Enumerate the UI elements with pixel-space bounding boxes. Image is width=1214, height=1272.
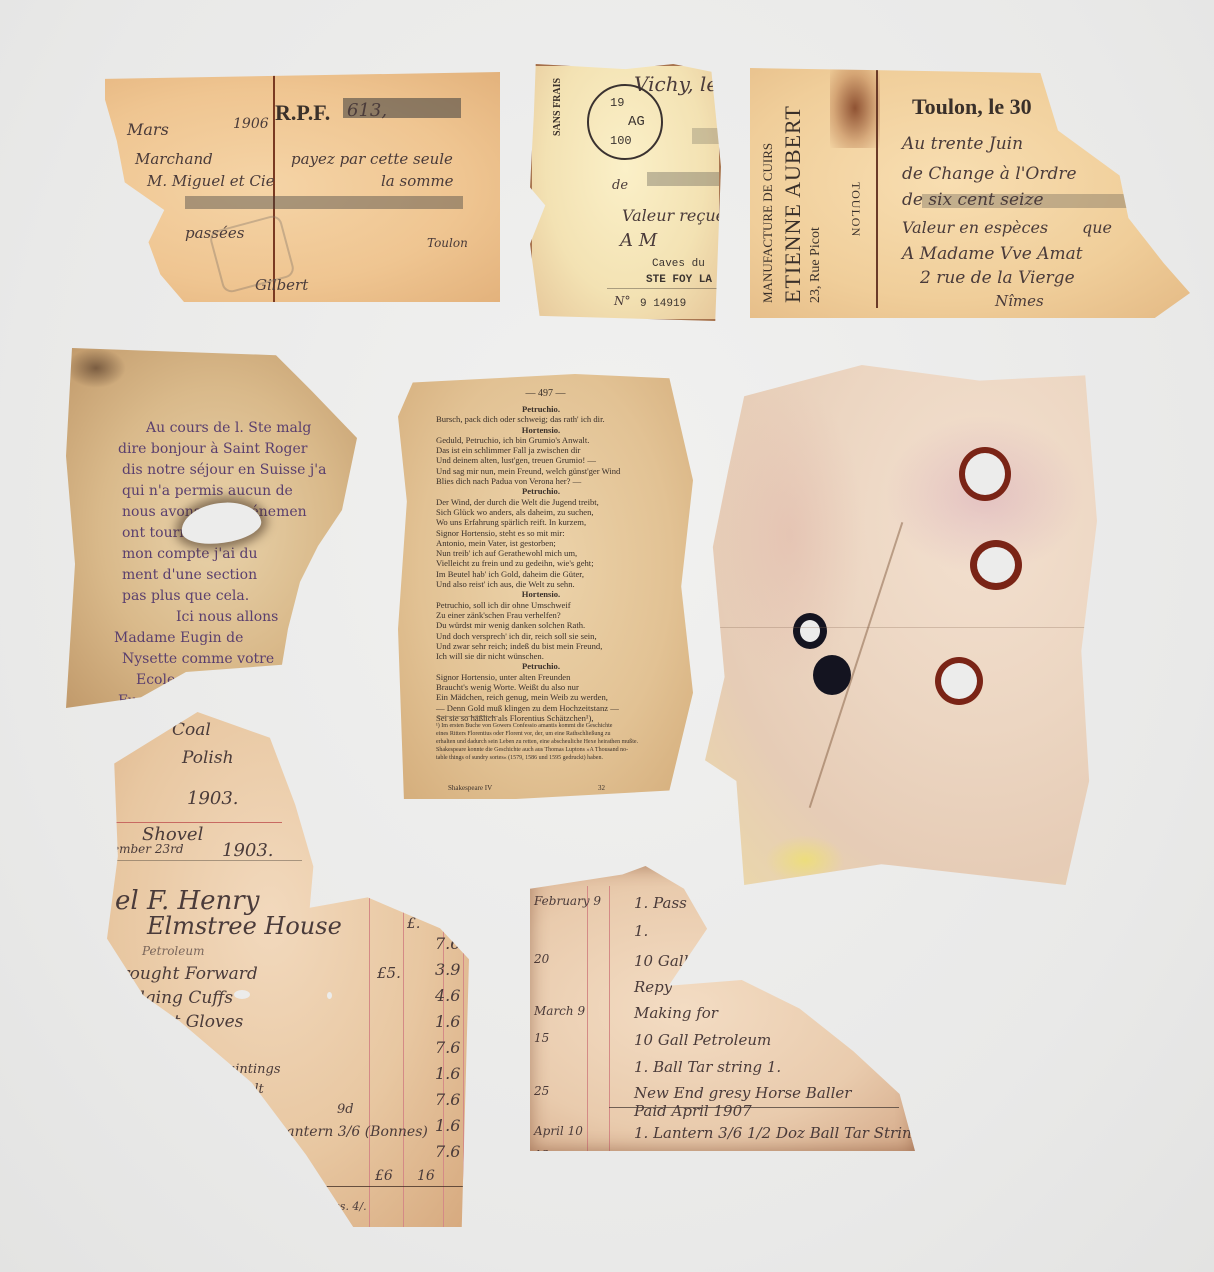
burn-hole-red <box>965 453 1005 495</box>
ledger-entry: Pot of paintings <box>177 1062 281 1077</box>
letter-line: Au cours de l. Ste malg <box>146 420 311 436</box>
letterhead-address: 23, Rue Picot <box>808 68 824 303</box>
ledger-entry: Bolt <box>237 1082 264 1097</box>
verse-line: Und zwar sehr reich; indeß du bist mein … <box>436 641 686 651</box>
month-text: Mars <box>127 120 169 139</box>
footnote-line: ¹) Im ersten Buche von Gowers Confessio … <box>436 722 686 730</box>
verse-line: Das ist ein schlimmer Fall ja zwischen d… <box>436 445 686 455</box>
footnote-line: table things of sundry sortes« (1579, 15… <box>436 754 686 762</box>
handwritten-line: la somme <box>381 172 454 190</box>
printed-script-line: Valeur reçue <box>622 206 721 225</box>
ledger-column-line <box>403 862 404 1227</box>
verse-line: Im Beutel hab' ich Gold, daheim die Güte… <box>436 569 686 579</box>
verse-line: Der Wind, der durch die Welt die Jugend … <box>436 497 686 507</box>
receipt-fragment-rpf: R.P.F. 613, Mars 1906 Marchand payez par… <box>105 72 500 302</box>
speaker-name: Petruchio. <box>436 404 646 414</box>
pink-stain <box>715 385 865 685</box>
ledger-total-pounds: £6 <box>375 1168 393 1184</box>
footnote-text: ¹) Im ersten Buche von Gowers Confessio … <box>436 722 686 762</box>
letterhead-city: TOULON <box>848 182 863 237</box>
letter-line: Nysette comme votre <box>122 651 274 667</box>
letter-line: Fu <box>118 693 137 708</box>
letter-line: mon compte j'ai du <box>122 546 257 562</box>
ledger-column-line <box>463 862 464 1227</box>
verse-line: Und also reist' ich aus, die Welt zu seh… <box>436 579 686 589</box>
footnote-line: Shakespeare konnte die Geschichte auch a… <box>436 746 686 754</box>
verse-line: Ein Mädchen, reich genug, mein Weib zu w… <box>436 692 686 702</box>
printed-line: Caves du <box>652 258 705 270</box>
letter-line: Ici nous allons <box>176 609 278 625</box>
handwritten-line: de <box>612 178 628 193</box>
handwritten-line: que <box>1082 218 1112 237</box>
letter-line: dire bonjour à Saint Roger <box>118 441 307 457</box>
handmade-paper-fragment <box>705 365 1097 885</box>
letter-line: ment d'une section <box>122 567 257 583</box>
handwritten-line: payez par cette seule <box>291 150 453 168</box>
number-label: N° <box>614 294 631 308</box>
column-header-pounds: £. <box>407 916 420 932</box>
ledger-total-shillings: 16 <box>417 1168 435 1184</box>
ink-smudge <box>647 172 719 186</box>
letter-line: qui n'a permis aucun de <box>122 483 293 499</box>
ledger-amount: 1.6 <box>435 1116 460 1135</box>
verse-line: Und sag mir nun, mein Freund, welch güns… <box>436 466 686 476</box>
year-text: 1906 <box>233 116 269 132</box>
verse-line: Ich will sie dir nicht wünschen. <box>436 651 686 661</box>
postmark-month: AG <box>628 114 645 130</box>
footnote-line: eines Ritters Florentius oder Florent vo… <box>436 730 686 738</box>
ledger-amount: 9d <box>337 1102 354 1117</box>
ink-smudge <box>185 196 463 209</box>
paper-hole <box>327 992 332 999</box>
verse-line: Und deinem alten, lust'gen, treuen Grumi… <box>436 455 686 465</box>
receipt-heading: R.P.F. <box>275 100 330 126</box>
ledger-amount: 7.6 <box>435 1090 460 1109</box>
speaker-name: Hortensio. <box>436 589 646 599</box>
receipt-fragment-vichy: Vichy, le SANS FRAIS 19 AG 100 de Valeur… <box>530 64 721 321</box>
rust-stain <box>830 68 880 148</box>
verse-line: Petruchio, soll ich dir ohne Umschweif <box>436 600 686 610</box>
page-number: — 497 — <box>398 388 693 399</box>
letter-line: dis notre séjour en Suisse j'a <box>122 462 326 478</box>
ledger-entry: ag. ass. 4/. <box>307 1200 367 1213</box>
verse-line: Du würdst mir wenig danken solchen Rath. <box>436 620 686 630</box>
ledger-amount: 1.6 <box>435 1012 460 1031</box>
handwritten-line: Nîmes <box>995 292 1044 310</box>
verse-line: — Denn Gold muß klingen zu dem Hochzeits… <box>436 703 686 713</box>
receipt-fragment-toulon: MANUFACTURE DE CUIRS ETIENNE AUBERT 23, … <box>750 68 1190 318</box>
verse-line: Vielleicht zu frein und zu gedeihn, wie'… <box>436 558 686 568</box>
postmark-stamp <box>587 84 663 160</box>
footer-signature: Shakespeare IV <box>448 784 492 792</box>
ledger-date: ember 23rd <box>112 842 184 856</box>
letter-line: Madame Eugin de <box>114 630 243 646</box>
fold-crease <box>705 627 1097 628</box>
verse-line: Antonio, mein Vater, ist gestorben; <box>436 538 686 548</box>
ledger-amount: 4.6 <box>435 986 460 1005</box>
ledger-amount: 1.6 <box>435 1064 460 1083</box>
handwritten-line: Marchand <box>135 150 213 168</box>
customer-address: Elmstree House <box>147 912 342 940</box>
margin-line <box>876 68 878 308</box>
column-header-pence: d. <box>457 916 469 932</box>
ledger-entry: Harvest Gloves <box>112 1012 243 1032</box>
ledger-amount: 7.6 <box>435 1038 460 1057</box>
ledger-amount: £5. <box>377 964 401 982</box>
letter-line: Ecole et de <box>136 672 215 688</box>
stamp-text: SANS FRAIS <box>552 78 563 136</box>
serial-number: 9 14919 <box>640 298 686 310</box>
ledger-entry: Polish <box>182 748 234 768</box>
ledger-amount: 7.6 <box>435 1142 460 1161</box>
burn-hole-black <box>800 620 820 642</box>
verse-line: Braucht's wenig Worte. Weißt du also nur <box>436 682 686 692</box>
printed-line: STE FOY LA <box>646 274 712 286</box>
letterhead-vertical: MANUFACTURE DE CUIRS ETIENNE AUBERT 23, … <box>760 68 824 303</box>
postmark-amount: 100 <box>610 134 632 148</box>
handwritten-line: A Madame Vve Amat <box>902 244 1083 264</box>
letter-line: pas plus que cela. <box>122 588 249 604</box>
paper-hole <box>234 990 250 999</box>
play-text: Petruchio.Bursch, pack dich oder schweig… <box>436 404 686 723</box>
ledger-entry: Petroleum <box>127 1038 189 1052</box>
ledger-column-line <box>369 862 370 1227</box>
footnote-rule <box>438 716 498 717</box>
letterhead-company: ETIENNE AUBERT <box>780 68 806 303</box>
ledger-entry: Hedging Cuffs <box>109 988 233 1008</box>
ledger-red-rule <box>107 822 282 823</box>
verse-line: Und doch versprech' ich dir, reich soll … <box>436 631 686 641</box>
ink-smudge <box>692 128 719 144</box>
speaker-name: Petruchio. <box>436 661 646 671</box>
verse-line: Wo uns Erfahrung spärlich reift. In kurz… <box>436 517 686 527</box>
handwritten-line: 2 rue de la Vierge <box>920 268 1075 288</box>
handwritten-line: Toulon <box>427 236 468 250</box>
handwritten-line: de six cent seize <box>902 190 1044 210</box>
ledger-entry: Brought Forward <box>109 964 258 984</box>
ledger-date: 1903. <box>222 840 274 861</box>
handwritten-line: M. Miguel et Cie <box>147 172 275 190</box>
printed-script-line: A M <box>620 230 657 251</box>
ledger-fragment-dated: February 91. Pass1.2010 GallRepyMarch 9M… <box>530 866 915 1151</box>
ledger-entry: Petroleum <box>142 944 204 958</box>
column-header-shillings: s. <box>442 916 454 932</box>
handwritten-line: de Change à l'Ordre <box>902 164 1077 184</box>
ink-blot <box>813 655 851 695</box>
burn-hole-red <box>977 547 1015 583</box>
verse-line: Signor Hortensio, unter alten Freunden <box>436 672 686 682</box>
yellow-stain <box>765 835 845 885</box>
ledger-entry: Lantern 3/6 (Bonnes) <box>277 1124 428 1140</box>
burn-hole-red <box>941 663 977 699</box>
ledger-date: 1903. <box>187 788 239 809</box>
receipt-number: 613, <box>347 100 387 121</box>
letter-fragment-french: Au cours de l. Ste malgdire bonjour à Sa… <box>66 348 366 708</box>
ledger-amount: 3.9 <box>435 960 460 979</box>
rule-line <box>607 288 719 289</box>
speaker-name: Hortensio. <box>436 425 646 435</box>
total-rule <box>297 1186 469 1187</box>
burnt-edges <box>530 866 915 1151</box>
verse-line: Geduld, Petruchio, ich bin Grumio's Anwa… <box>436 435 686 445</box>
handwritten-line: Au trente Juin <box>902 134 1023 154</box>
book-page-fragment-german: — 497 — Petruchio.Bursch, pack dich oder… <box>398 374 693 799</box>
footer-sheet-number: 32 <box>598 784 605 792</box>
ledger-amount: 7.6 <box>435 934 460 953</box>
verse-line: Nun treib' ich auf Gerathewohl mich um, <box>436 548 686 558</box>
verse-line: Zu einer zänk'schen Frau verhelfen? <box>436 610 686 620</box>
verse-line: Signor Hortensio, steht es so mit mir: <box>436 528 686 538</box>
postmark-day: 19 <box>610 96 624 110</box>
verse-line: Sich Glück wo anders, als daheim, zu suc… <box>436 507 686 517</box>
burn-mark <box>66 348 126 388</box>
handwritten-line: Valeur en espèces <box>902 218 1048 237</box>
verse-line: Blies dich nach Padua von Verona her? — <box>436 476 686 486</box>
verse-line: Bursch, pack dich oder schweig; das rath… <box>436 414 686 424</box>
ledger-entry: Coal <box>172 720 211 740</box>
footnote-line: erhalten und dadurch sein Leben zu rette… <box>436 738 686 746</box>
speaker-name: Petruchio. <box>436 486 646 496</box>
letterhead-line-1: MANUFACTURE DE CUIRS <box>760 68 776 303</box>
place-date: Toulon, le 30 <box>912 94 1032 120</box>
